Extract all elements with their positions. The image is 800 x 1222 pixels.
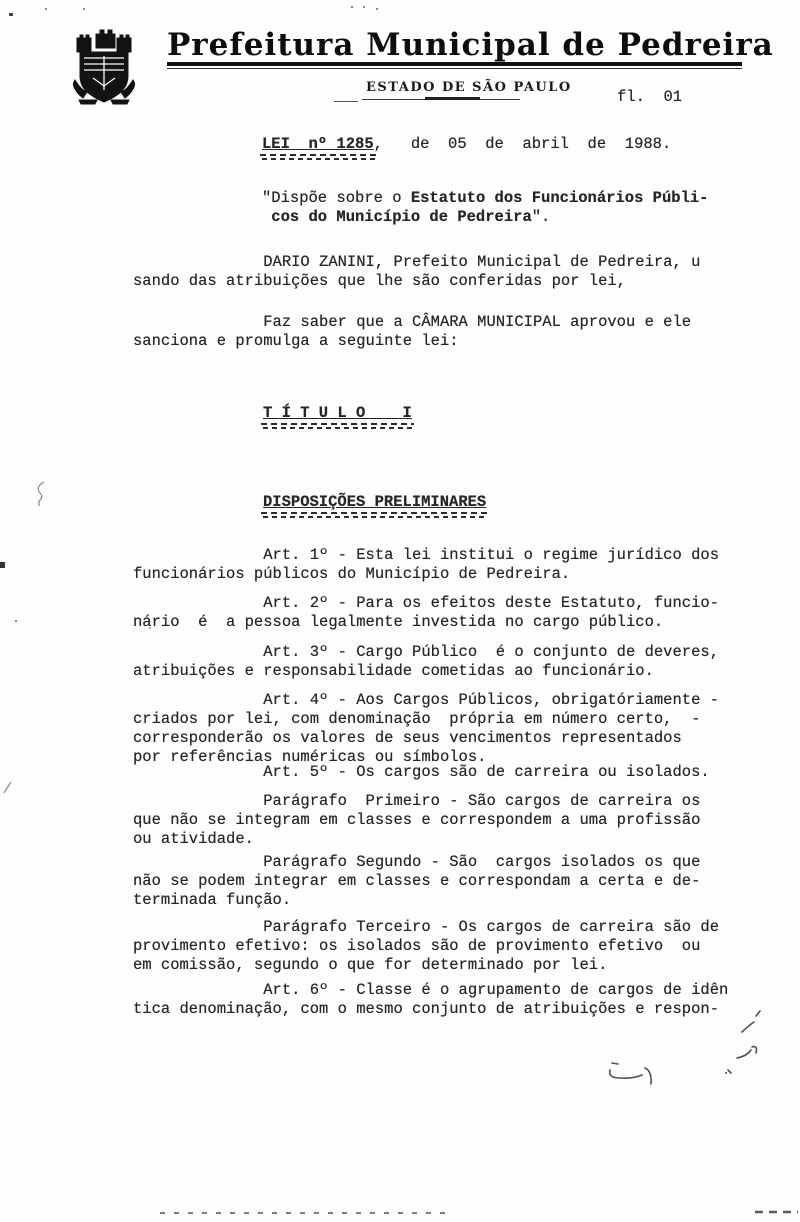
article-5: Art. 5º - Os cargos são de carreira ou i… — [133, 763, 710, 782]
folio-number: fl. 01 — [617, 88, 682, 107]
municipal-coat-of-arms-icon — [73, 28, 135, 108]
letterhead-subtitle: ESTADO DE SÃO PAULO — [366, 80, 572, 95]
summary-bold-line2: cos do Município de Pedreira — [262, 208, 532, 226]
article-2: Art. 2º - Para os efeitos deste Estatuto… — [133, 594, 719, 632]
preamble-enactment: Faz saber que a CÂMARA MUNICIPAL aprovou… — [133, 313, 691, 351]
pencil-slash-left — [4, 782, 11, 793]
law-number: LEI nº 1285 — [262, 135, 374, 154]
title-i-heading: T Í T U L O I — [263, 404, 412, 423]
paragraph-third: Parágrafo Terceiro - Os cargos de carrei… — [133, 918, 719, 975]
law-number-heading: LEI nº 1285, de 05 de abril de 1988. — [262, 135, 671, 154]
pen-scribble-right — [728, 1011, 760, 1073]
pencil-mark-left-margin — [38, 482, 44, 506]
law-summary: "Dispõe sobre o Estatuto dos Funcionário… — [262, 189, 708, 227]
pen-scribble-left — [610, 1063, 651, 1084]
letterhead-title: Prefeitura Municipal de Pedreira — [167, 27, 747, 63]
summary-suffix: ". — [532, 208, 551, 226]
summary-prefix: "Dispõe sobre o — [262, 189, 411, 207]
article-3: Art. 3º - Cargo Público é o conjunto de … — [133, 643, 719, 681]
article-6: Art. 6º - Classe é o agrupamento de carg… — [133, 981, 728, 1019]
paragraph-first: Parágrafo Primeiro - São cargos de carre… — [133, 792, 700, 849]
article-4: Art. 4º - Aos Cargos Públicos, obrigatór… — [133, 691, 719, 767]
law-date: , de 05 de abril de 1988. — [374, 135, 672, 153]
summary-bold-line1: Estatuto dos Funcionários Públi- — [411, 189, 709, 207]
bottom-edge-noise — [160, 1212, 798, 1213]
paragraph-second: Parágrafo Segundo - São cargos isolados … — [133, 853, 700, 910]
subtitle-underline-dash-left — [334, 101, 358, 102]
preliminary-provisions-heading: DISPOSIÇÕES PRELIMINARES — [263, 493, 486, 512]
scan-specks — [0, 6, 727, 1074]
article-1: Art. 1º - Esta lei institui o regime jur… — [133, 546, 719, 584]
subtitle-underline-dash — [425, 97, 480, 100]
letterhead-rule — [167, 62, 742, 69]
preamble-mayor: DARIO ZANINI, Prefeito Municipal de Pedr… — [133, 253, 700, 291]
document-page: Prefeitura Municipal de Pedreira ESTADO … — [0, 0, 800, 1222]
